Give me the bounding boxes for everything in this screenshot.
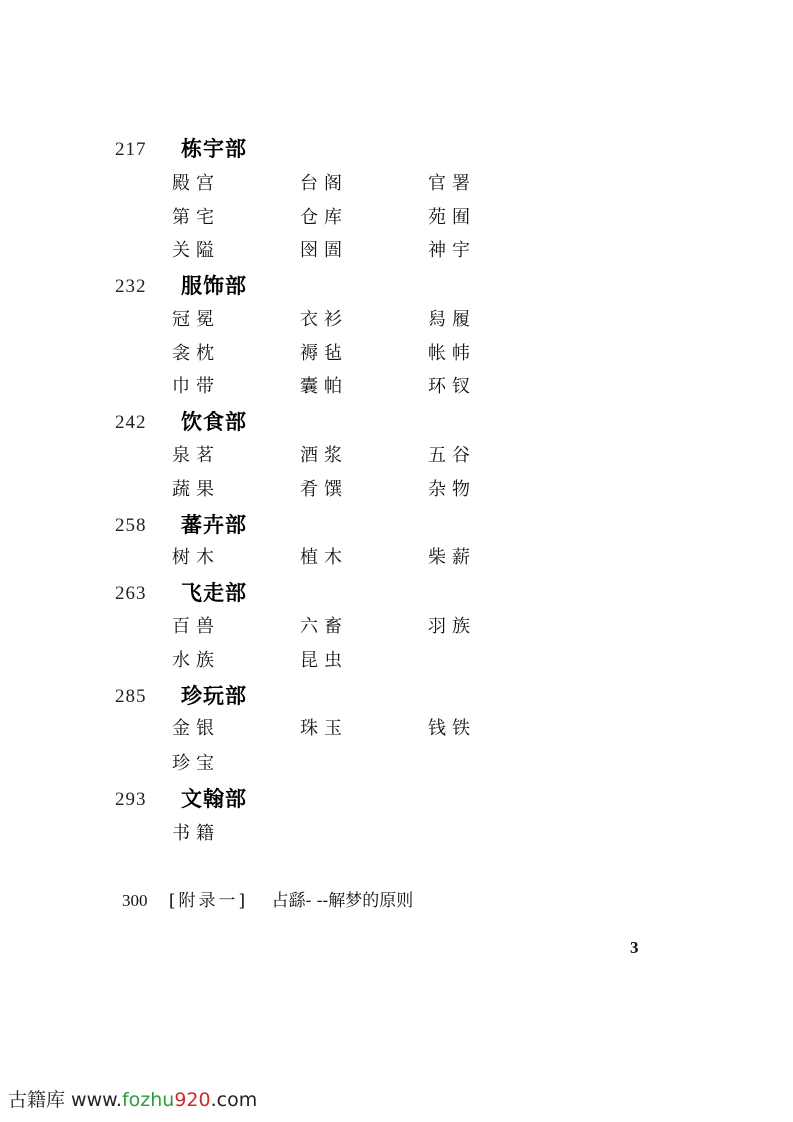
entry: 珍宝 (172, 753, 220, 775)
entry: 水族 (172, 650, 220, 672)
watermark-suffix: .com (211, 1089, 258, 1111)
appendix-label: [附录一] (169, 891, 248, 911)
entry: 羽族 (428, 616, 476, 638)
entry: 台阁 (300, 173, 348, 195)
page-number: 3 (630, 938, 639, 958)
section-title: 飞走部 (181, 581, 247, 605)
section-page-number: 263 (115, 583, 147, 605)
section-page-number: 242 (115, 412, 147, 434)
entry: 环钗 (428, 376, 476, 398)
entry: 第宅 (172, 207, 220, 229)
entry: 殿宫 (172, 173, 220, 195)
entry: 冠冕 (172, 309, 220, 331)
watermark-prefix: 古籍库 www. (8, 1089, 122, 1111)
appendix-entry: 300 [附录一] 占繇- --解梦的原则 (122, 890, 413, 912)
section-page-number: 293 (115, 789, 147, 811)
entry: 书籍 (172, 823, 220, 845)
entry: 苑囿 (428, 207, 476, 229)
entry: 金银 (172, 718, 220, 740)
entry: 巾带 (172, 376, 220, 398)
entry: 蔬果 (172, 479, 220, 501)
entry: 舄履 (428, 309, 476, 331)
document-page: 217 栋宇部 殿宫 台阁 官署 第宅 仓库 苑囿 关隘 囹圄 神宇 232 服… (0, 0, 793, 1122)
entry: 神宇 (428, 240, 476, 262)
entry: 五谷 (428, 445, 476, 467)
entry: 褥毡 (300, 343, 348, 365)
entry: 柴薪 (428, 547, 476, 569)
section-page-number: 232 (115, 276, 147, 298)
entry: 杂物 (428, 479, 476, 501)
entry: 树木 (172, 547, 220, 569)
watermark-green-text: fozhu (122, 1089, 174, 1111)
entry: 囹圄 (300, 240, 348, 262)
section-title: 文翰部 (181, 787, 247, 811)
watermark-red-text: 920 (174, 1089, 210, 1111)
section-title: 珍玩部 (181, 684, 247, 708)
section-title: 饮食部 (181, 410, 247, 434)
appendix-page-number: 300 (122, 891, 148, 910)
section-title: 服饰部 (181, 274, 247, 298)
entry: 官署 (428, 173, 476, 195)
section-page-number: 258 (115, 515, 147, 537)
entry: 衣衫 (300, 309, 348, 331)
appendix-title: 占繇- --解梦的原则 (272, 891, 414, 911)
watermark: 古籍库 www.fozhu920.com (8, 1088, 257, 1112)
entry: 昆虫 (300, 650, 348, 672)
section-title: 栋宇部 (181, 137, 247, 161)
entry: 钱铁 (428, 718, 476, 740)
entry: 珠玉 (300, 718, 348, 740)
entry: 关隘 (172, 240, 220, 262)
entry: 百兽 (172, 616, 220, 638)
entry: 六畜 (300, 616, 348, 638)
entry: 肴馔 (300, 479, 348, 501)
section-title: 蕃卉部 (181, 513, 247, 537)
section-page-number: 217 (115, 139, 147, 161)
section-page-number: 285 (115, 686, 147, 708)
entry: 衾枕 (172, 343, 220, 365)
entry: 仓库 (300, 207, 348, 229)
entry: 酒浆 (300, 445, 348, 467)
entry: 植木 (300, 547, 348, 569)
entry: 帐帏 (428, 343, 476, 365)
entry: 囊帕 (300, 376, 348, 398)
entry: 泉茗 (172, 445, 220, 467)
